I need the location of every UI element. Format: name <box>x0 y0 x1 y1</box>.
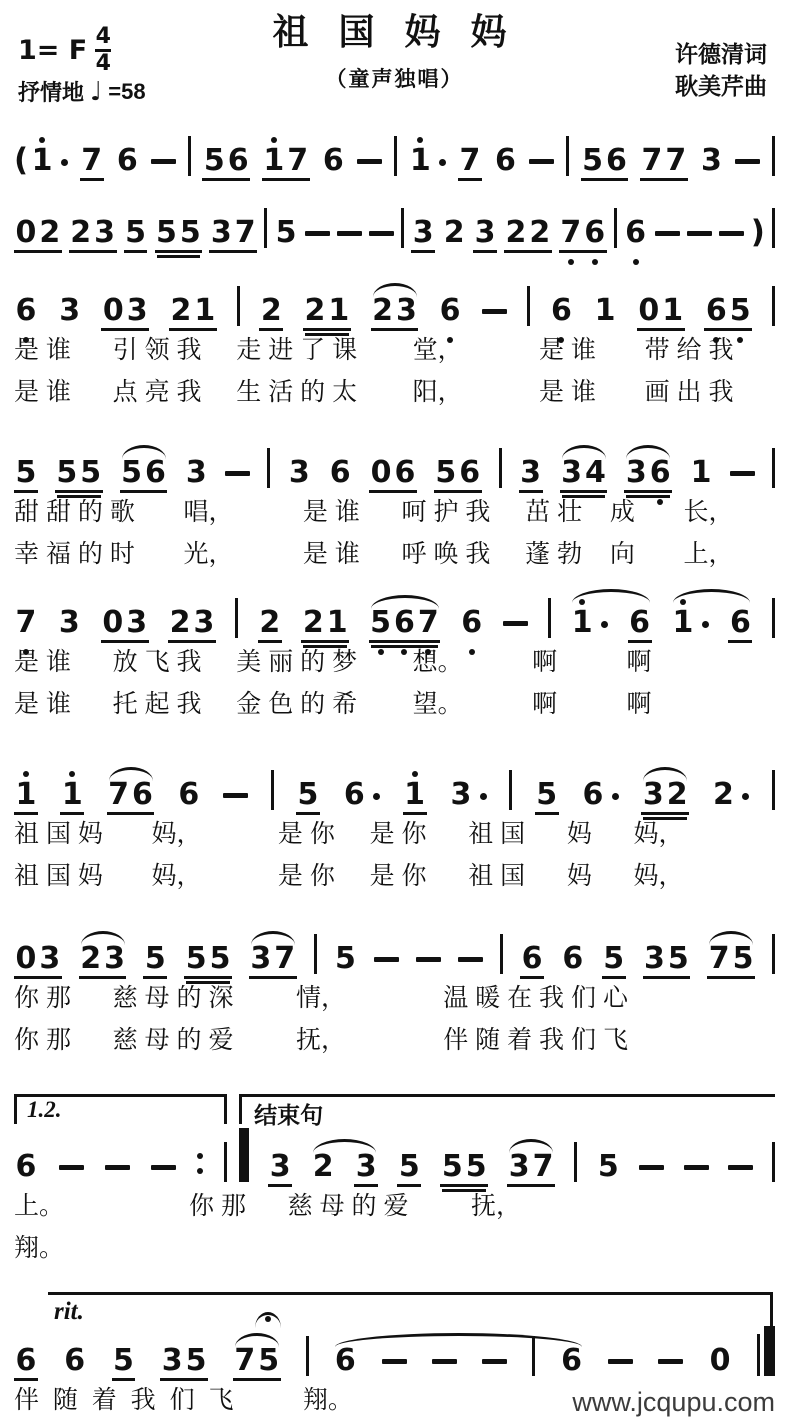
final-thin-bar <box>757 1334 760 1376</box>
note-digits: 3 <box>354 1152 378 1182</box>
final-barline <box>757 1326 775 1376</box>
notation-row: 630321221236610165 <box>14 278 775 326</box>
barline <box>527 286 530 326</box>
augmentation-dot <box>742 793 749 800</box>
notation-row: 022355537532322766) <box>14 200 775 248</box>
note-token: 17 <box>262 146 310 176</box>
note-token: 6 <box>520 944 544 974</box>
note-digits: 37 <box>209 218 257 248</box>
note-digit: 3 <box>38 944 62 974</box>
note-digits: 6 <box>333 1346 357 1376</box>
duration-dash <box>735 159 760 164</box>
slur-arc <box>81 931 125 945</box>
slur-arc <box>235 1333 279 1347</box>
note-token: 5 <box>397 1152 421 1182</box>
note-digits: 1 <box>570 608 594 638</box>
duration-dash <box>223 793 248 798</box>
note-digit: 6 <box>14 296 38 326</box>
note-digit: 5 <box>124 218 148 248</box>
note-digit: 2 <box>371 296 395 326</box>
note-digit: 5 <box>120 458 144 488</box>
note-digit: 3 <box>519 458 543 488</box>
note-digits: 7 <box>14 608 38 638</box>
note-digits: 6 <box>520 944 544 974</box>
note-digit: 1 <box>689 458 713 488</box>
lyric-row: 幸 福 的 时 光， 是 谁 呼 唤 我 蓬 勃 向 上， <box>14 536 775 572</box>
note-digits: 35 <box>160 1346 208 1376</box>
note-digits: 03 <box>101 296 149 326</box>
note-token: 21 <box>303 296 351 326</box>
note-digit: 3 <box>249 944 273 974</box>
slur-arc <box>335 1333 582 1347</box>
note-digit: 6 <box>14 1346 38 1376</box>
lyric-row: 是 谁 点 亮 我 生 活 的 太 阳， 是 谁 画 出 我 <box>14 374 775 410</box>
note-digits: 17 <box>262 146 310 176</box>
notation-row: 11766561356322 <box>14 762 775 810</box>
note-digit: 3 <box>287 458 311 488</box>
meter-denominator: 4 <box>96 53 111 75</box>
music-system: 11766561356322祖 国 妈 妈， 是 你 是 你 祖 国 妈 妈，祖… <box>14 762 775 894</box>
note-token: 7 <box>458 146 482 176</box>
note-digits: 1 <box>689 458 713 488</box>
note-digit: 1 <box>403 780 427 810</box>
note-token: 1 <box>689 458 713 488</box>
note-digit: 2 <box>665 780 689 810</box>
note-token: 06 <box>369 458 417 488</box>
note-digit: 5 <box>184 944 208 974</box>
note-token: 5 <box>535 780 559 810</box>
note-digit: 7 <box>531 1152 555 1182</box>
note-digit: 7 <box>458 146 482 176</box>
note-digits: 21 <box>169 296 217 326</box>
note-digits: 56 <box>202 146 250 176</box>
barline <box>772 286 775 326</box>
note-digit: 6 <box>328 458 352 488</box>
note-token: 6 <box>333 1346 357 1376</box>
duration-dash <box>416 957 441 962</box>
note-digit: 6 <box>628 608 652 638</box>
slur-arc <box>709 931 753 945</box>
note-digits: 6 <box>624 218 648 248</box>
note-token: 3 <box>411 218 435 248</box>
lyric-row: 是 谁 托 起 我 金 色 的 希 望。 啊 啊 <box>14 686 775 722</box>
note-token: 6 <box>342 780 380 810</box>
lyric-row: 是 谁 引 领 我 走 进 了 课 堂， 是 谁 带 给 我 <box>14 332 775 368</box>
note-digit: 6 <box>583 218 607 248</box>
note-token: 03 <box>101 296 149 326</box>
note-token: 2 <box>712 780 750 810</box>
barline <box>237 286 240 326</box>
final-thick-bar <box>764 1326 775 1376</box>
augmentation-dot <box>373 793 380 800</box>
note-digit: 5 <box>602 944 626 974</box>
note-token: 65 <box>704 296 752 326</box>
note-token: 56 <box>202 146 250 176</box>
note-token: 1 <box>60 780 84 810</box>
note-digit: 5 <box>397 1152 421 1182</box>
note-digits: 5 <box>112 1346 136 1376</box>
note-digit: 5 <box>334 944 358 974</box>
barline <box>772 208 775 248</box>
note-digit: 2 <box>79 944 103 974</box>
slur-arc <box>643 767 687 781</box>
note-digits: 75 <box>707 944 755 974</box>
note-digit: 3 <box>268 1152 292 1182</box>
note-token: 23 <box>69 218 117 248</box>
note-digit: 0 <box>637 296 661 326</box>
close-paren: ) <box>751 217 765 248</box>
note-digits: 1 <box>403 780 427 810</box>
note-digit: 2 <box>311 1152 335 1182</box>
note-digits: 3 <box>184 458 208 488</box>
duration-dash <box>151 159 176 164</box>
note-digits: 35 <box>643 944 691 974</box>
note-token: 3 <box>473 218 497 248</box>
note-digits: 5 <box>143 944 167 974</box>
note-digit: 5 <box>666 944 690 974</box>
note-digit: 5 <box>202 146 226 176</box>
note-digit: 1 <box>661 296 685 326</box>
duration-dash <box>458 957 483 962</box>
note-digit: 3 <box>700 146 724 176</box>
note-digit: 6 <box>561 944 585 974</box>
note-digits: 06 <box>369 458 417 488</box>
note-digits: 1 <box>408 146 432 176</box>
note-token: 6 <box>561 944 585 974</box>
note-digit: 0 <box>708 1346 732 1376</box>
note-token: 36 <box>624 458 672 488</box>
note-digit: 1 <box>30 146 54 176</box>
note-token: 5 <box>602 944 626 974</box>
note-token: 5 <box>596 1152 620 1182</box>
note-digit: 2 <box>259 296 283 326</box>
note-digits: 3 <box>700 146 724 176</box>
note-digit: 2 <box>442 218 466 248</box>
note-digit: 3 <box>641 780 665 810</box>
rit-bracket-line <box>48 1292 773 1333</box>
note-token: 55 <box>440 1152 488 1182</box>
note-digits: 6 <box>177 780 201 810</box>
note-digits: 3 <box>449 780 473 810</box>
note-token: 6 <box>560 1346 584 1376</box>
note-token: 5 <box>124 218 148 248</box>
note-token: 2 <box>311 1152 335 1182</box>
note-token: 6 <box>549 296 573 326</box>
note-digit: 3 <box>507 1152 531 1182</box>
note-digit: 2 <box>38 218 62 248</box>
note-digits: 1 <box>30 146 54 176</box>
note-token: 6 <box>628 608 652 638</box>
note-digits: 21 <box>303 296 351 326</box>
note-token: 6 <box>115 146 139 176</box>
note-digits: 6 <box>560 1346 584 1376</box>
note-digit: 3 <box>57 608 81 638</box>
duration-dash <box>369 231 394 236</box>
lyricist: 许德清词 <box>675 38 767 70</box>
note-digits: 567 <box>369 608 441 638</box>
note-digit: 5 <box>464 1152 488 1182</box>
slur-arc <box>371 595 439 609</box>
note-token: 5 <box>14 458 38 488</box>
volta-bracket: 1.2. <box>14 1094 227 1124</box>
note-digit: 1 <box>14 780 38 810</box>
music-system: 022355537532322766) <box>14 200 775 248</box>
note-token: 1 <box>671 608 709 638</box>
barline <box>235 598 238 638</box>
note-token: 3 <box>354 1152 378 1182</box>
note-digit: 3 <box>160 1346 184 1376</box>
note-digit: 3 <box>125 296 149 326</box>
notation-row: 03235553756653575 <box>14 926 775 974</box>
note-digit: 5 <box>296 780 320 810</box>
note-token: 7 <box>80 146 104 176</box>
note-token: 1 <box>403 780 427 810</box>
note-token: 76 <box>107 780 155 810</box>
note-digit: 3 <box>624 458 648 488</box>
lyric-row: 上。 你 那 慈 母 的 爱 抚， <box>14 1188 775 1224</box>
note-digits: 3 <box>411 218 435 248</box>
note-token: 35 <box>160 1346 208 1376</box>
note-token: 55 <box>155 218 203 248</box>
note-token: 3 <box>57 608 81 638</box>
note-digits: 5 <box>535 780 559 810</box>
note-token: 23 <box>371 296 419 326</box>
quarter-note-icon: ♩ <box>90 77 102 107</box>
duration-dash <box>608 1359 633 1364</box>
note-token: 34 <box>560 458 608 488</box>
note-token: 03 <box>14 944 62 974</box>
note-digit: 6 <box>226 146 250 176</box>
note-digit: 5 <box>14 458 38 488</box>
note-token: 21 <box>169 296 217 326</box>
barline <box>264 208 267 248</box>
barline <box>614 208 617 248</box>
duration-dash <box>503 621 528 626</box>
note-token: 22 <box>504 218 552 248</box>
note-token: 1 <box>408 146 446 176</box>
note-token: 75 <box>233 1346 281 1376</box>
note-digit: 7 <box>640 146 664 176</box>
note-digit: 6 <box>131 780 155 810</box>
note-digits: 5 <box>397 1152 421 1182</box>
note-token: 3 <box>700 146 724 176</box>
note-digit: 2 <box>168 608 192 638</box>
barline <box>772 598 775 638</box>
augmentation-dot <box>439 159 446 166</box>
note-digits: 5 <box>596 1152 620 1182</box>
duration-dash <box>151 1165 176 1170</box>
note-digit: 6 <box>438 296 462 326</box>
barline <box>267 448 270 488</box>
note-token: 56 <box>120 458 168 488</box>
note-digits: 6 <box>342 780 366 810</box>
note-digits: 3 <box>268 1152 292 1182</box>
note-token: 6 <box>581 780 619 810</box>
note-digit: 7 <box>416 608 440 638</box>
barline <box>271 770 274 810</box>
note-digit: 7 <box>286 146 310 176</box>
note-token: 5 <box>143 944 167 974</box>
note-token: 37 <box>249 944 297 974</box>
note-digit: 5 <box>257 1346 281 1376</box>
note-digits: 55 <box>184 944 232 974</box>
duration-dash <box>374 957 399 962</box>
note-digit: 6 <box>14 1152 38 1182</box>
repeat-dot <box>197 1153 203 1159</box>
note-token: 6 <box>460 608 484 638</box>
barline <box>314 934 317 974</box>
note-digits: 6 <box>14 1346 38 1376</box>
note-digits: 56 <box>581 146 629 176</box>
notation-row: 73032322156761616 <box>14 590 775 638</box>
note-digit: 0 <box>14 218 38 248</box>
note-digits: 77 <box>640 146 688 176</box>
note-digit: 6 <box>728 608 752 638</box>
slur-arc <box>109 767 153 781</box>
note-digit: 6 <box>321 146 345 176</box>
note-digit: 3 <box>560 458 584 488</box>
note-token: 01 <box>637 296 685 326</box>
note-digit: 5 <box>274 218 298 248</box>
note-digits: 56 <box>434 458 482 488</box>
barline <box>772 136 775 176</box>
note-digit: 3 <box>103 944 127 974</box>
note-digit: 1 <box>570 608 594 638</box>
note-token: 55 <box>55 458 103 488</box>
tempo-value: =58 <box>108 79 145 105</box>
open-paren: ( <box>14 145 28 176</box>
note-token: 567 <box>369 608 441 638</box>
note-token: 6 <box>328 458 352 488</box>
volta-label: 1.2. <box>27 1097 62 1123</box>
composer: 耿美芹曲 <box>675 70 767 102</box>
note-digit: 3 <box>192 608 216 638</box>
note-token: 3 <box>58 296 82 326</box>
note-digit: 1 <box>671 608 695 638</box>
note-digit: 5 <box>112 1346 136 1376</box>
duration-dash <box>337 231 362 236</box>
note-token: 5 <box>274 218 298 248</box>
note-digits: 6 <box>628 608 652 638</box>
note-token: 75 <box>707 944 755 974</box>
note-token: 56 <box>434 458 482 488</box>
volta-row: 1.2.6结束句323555375 <box>14 1094 775 1182</box>
note-digit: 7 <box>664 146 688 176</box>
note-digits: 21 <box>301 608 349 638</box>
note-digit: 3 <box>473 218 497 248</box>
note-digits: 02 <box>14 218 62 248</box>
note-digits: 75 <box>233 1346 281 1376</box>
note-digits: 55 <box>55 458 103 488</box>
duration-dash <box>225 471 250 476</box>
duration-dash <box>529 159 554 164</box>
note-digit: 1 <box>193 296 217 326</box>
note-digits: 37 <box>249 944 297 974</box>
note-digit: 5 <box>178 218 202 248</box>
note-token: (1 <box>14 145 68 176</box>
note-digit: 6 <box>581 780 605 810</box>
note-digits: 23 <box>371 296 419 326</box>
note-digits: 6 <box>321 146 345 176</box>
note-token: 0 <box>708 1346 732 1376</box>
duration-dash <box>59 1165 84 1170</box>
duration-dash <box>719 231 744 236</box>
note-digit: 2 <box>712 780 736 810</box>
note-digits: 5 <box>602 944 626 974</box>
note-digit: 7 <box>273 944 297 974</box>
duration-dash <box>687 231 712 236</box>
note-digit: 3 <box>354 1152 378 1182</box>
note-token: 2 <box>442 218 466 248</box>
note-digit: 6 <box>63 1346 87 1376</box>
note-digit: 6 <box>520 944 544 974</box>
note-digit: 5 <box>79 458 103 488</box>
note-digit: 6 <box>624 218 648 248</box>
note-token: 6 <box>321 146 345 176</box>
credits: 许德清词 耿美芹曲 <box>675 38 767 102</box>
note-digit: 2 <box>258 608 282 638</box>
note-token: 6 <box>494 146 518 176</box>
note-token: 6 <box>14 1346 38 1376</box>
duration-dash <box>305 231 330 236</box>
duration-dash <box>730 471 755 476</box>
note-digits: 36 <box>624 458 672 488</box>
note-digit: 5 <box>143 944 167 974</box>
note-digits: 2 <box>259 296 283 326</box>
note-token: 77 <box>640 146 688 176</box>
note-digits: 6 <box>328 458 352 488</box>
note-token: 5 <box>334 944 358 974</box>
note-token: 76 <box>559 218 607 248</box>
note-digits: 03 <box>14 944 62 974</box>
note-digit: 3 <box>125 608 149 638</box>
note-digit: 5 <box>581 146 605 176</box>
note-digit: 6 <box>392 608 416 638</box>
barline <box>188 136 191 176</box>
duration-dash <box>432 1359 457 1364</box>
barline <box>394 136 397 176</box>
note-digits: 6 <box>14 1152 38 1182</box>
note-token: 2 <box>258 608 282 638</box>
music-system: 630321221236610165是 谁 引 领 我 走 进 了 课 堂， 是… <box>14 278 775 410</box>
note-token: 1 <box>593 296 617 326</box>
music-system: (1765617617656773 <box>14 128 775 176</box>
barline <box>566 136 569 176</box>
note-digit: 0 <box>369 458 393 488</box>
page-title: 祖 国 妈 妈 <box>14 0 775 55</box>
barline <box>499 448 502 488</box>
barline <box>306 1336 309 1376</box>
expression-label: 抒情地 <box>18 76 84 107</box>
note-digits: 2 <box>712 780 736 810</box>
note-digit: 7 <box>14 608 38 638</box>
note-digit: 2 <box>504 218 528 248</box>
note-digit: 5 <box>440 1152 464 1182</box>
note-digit: 7 <box>107 780 131 810</box>
note-token: 6 <box>63 1346 87 1376</box>
music-system: 03235553756653575你 那 慈 母 的 深 情， 温 暖 在 我 … <box>14 926 775 1058</box>
note-digits: 5 <box>124 218 148 248</box>
duration-dash <box>105 1165 130 1170</box>
note-digit: 7 <box>80 146 104 176</box>
note-token: 21 <box>301 608 349 638</box>
note-digits: 6 <box>549 296 573 326</box>
note-token: 3 <box>449 780 487 810</box>
key-label: 1= F <box>18 35 87 66</box>
note-digit: 2 <box>528 218 552 248</box>
note-digits: 76 <box>559 218 607 248</box>
note-digit: 5 <box>208 944 232 974</box>
